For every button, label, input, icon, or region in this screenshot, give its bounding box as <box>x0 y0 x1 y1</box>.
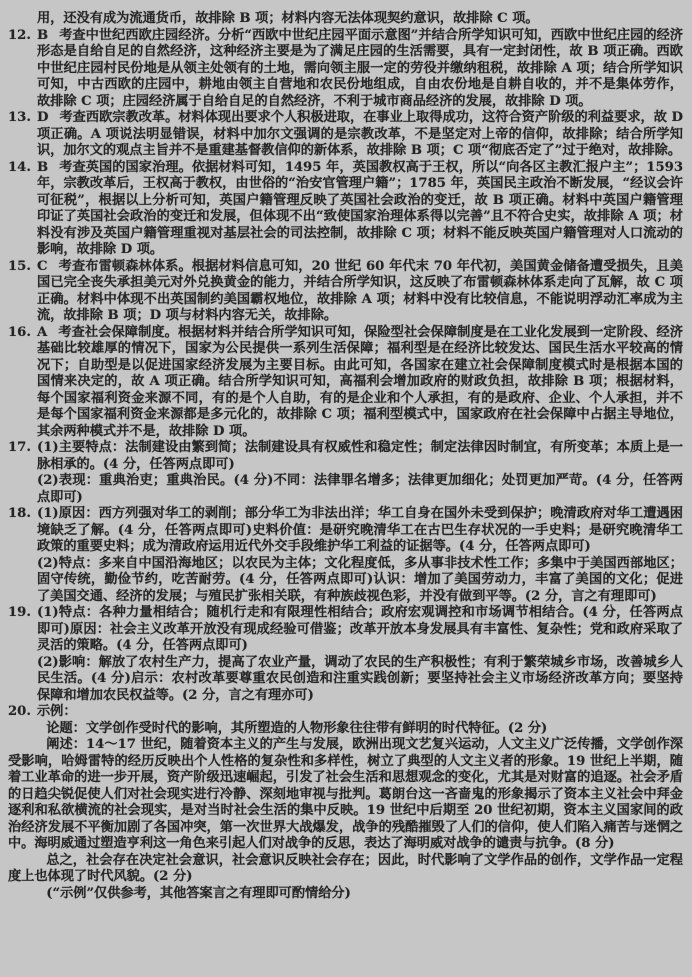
answer-letter: A <box>37 325 47 340</box>
answer-number: 18. <box>8 506 31 523</box>
answer-number: 12. <box>8 28 31 45</box>
answer-text: (1)原因：西方列强对华工的剥削；部分华工为非法出洋；华工自身在国外未受到保护；… <box>37 506 683 554</box>
answer-text: 考查西欧宗教改革。材料体现出要求个人积极进取，在事业上取得成功，这符合资产阶级的… <box>37 110 683 158</box>
essay-note: (“示例”仅供参考，其他答案言之有理即可酌情给分) <box>8 886 683 903</box>
answer-number: 14. <box>8 160 31 177</box>
answer-item-20: 20.示例： 论题：文学创作受时代的影响，其所塑造的人物形象往往带有鲜明的时代特… <box>8 704 683 902</box>
answer-item-16: 16.A考查社会保障制度。根据材料并结合所学知识可知，保险型社会保障制度是在工业… <box>8 325 683 441</box>
answer-number: 19. <box>8 605 31 622</box>
essay-conclusion: 总之，社会存在决定社会意识，社会意识反映社会存在；因此，时代影响了文学作品的创作… <box>8 853 683 886</box>
answer-continuation-line: 用，还没有成为流通货币，故排除 B 项；材料内容无法体现契约意识，故排除 C 项… <box>8 11 683 28</box>
answer-text: (1)特点：各种力量相结合；随机行走和有限理性相结合；政府宏观调控和市场调节相结… <box>37 605 683 653</box>
answer-number: 20. <box>8 704 31 721</box>
answer-number: 13. <box>8 110 31 127</box>
answer-text: 考查社会保障制度。根据材料并结合所学知识可知，保险型社会保障制度是在工业化发展到… <box>37 325 683 439</box>
answer-text: 考查中世纪西欧庄园经济。分析“西欧中世纪庄园平面示意图”并结合所学知识可知，西欧… <box>37 28 683 109</box>
answer-letter: D <box>37 110 48 125</box>
answer-letter: C <box>37 259 48 274</box>
answer-letter: B <box>37 28 48 43</box>
answer-text: 考查英国的国家治理。依据材料可知，1495 年，英国教权高于王权，所以“向各区主… <box>37 160 683 258</box>
answer-part-1: 17.(1)主要特点：法制建设由繁到简；法制建设具有权威性和稳定性；制定法律因时… <box>8 440 683 473</box>
answer-item-17: 17.(1)主要特点：法制建设由繁到简；法制建设具有权威性和稳定性；制定法律因时… <box>8 440 683 506</box>
answer-part-2: (2)表现：重典治吏；重典治民。(4 分)不同：法律罪名增多；法律更加细化；处罚… <box>8 473 683 506</box>
essay-heading: 20.示例： <box>8 704 683 721</box>
answer-item-12: 12.B考查中世纪西欧庄园经济。分析“西欧中世纪庄园平面示意图”并结合所学知识可… <box>8 28 683 111</box>
answer-text: 考查布雷顿森林体系。根据材料信息可知，20 世纪 60 年代末 70 年代初，美… <box>37 259 683 324</box>
answer-text: (1)主要特点：法制建设由繁到简；法制建设具有权威性和稳定性；制定法律因时制宜，… <box>37 440 683 472</box>
answer-number: 16. <box>8 325 31 342</box>
answer-item-14: 14.B考查英国的国家治理。依据材料可知，1495 年，英国教权高于王权，所以“… <box>8 160 683 259</box>
exam-answer-key-page: 用，还没有成为流通货币，故排除 B 项；材料内容无法体现契约意识，故排除 C 项… <box>0 0 692 977</box>
essay-label: 示例： <box>37 704 77 719</box>
essay-elaboration: 阐述：14～17 世纪，随着资本主义的产生与发展，欧洲出现文艺复兴运动，人文主义… <box>8 737 683 853</box>
essay-thesis: 论题：文学创作受时代的影响，其所塑造的人物形象往往带有鲜明的时代特征。(2 分) <box>8 721 683 738</box>
answer-text: (2)表现：重典治吏；重典治民。(4 分)不同：法律罪名增多；法律更加细化；处罚… <box>37 473 683 505</box>
answer-item-13: 13.D考查西欧宗教改革。材料体现出要求个人积极进取，在事业上取得成功，这符合资… <box>8 110 683 160</box>
answer-text: (2)特点：多来自中国沿海地区；以农民为主体；文化程度低，多从事非技术性工作；多… <box>37 556 683 604</box>
answer-part-1: 19.(1)特点：各种力量相结合；随机行走和有限理性相结合；政府宏观调控和市场调… <box>8 605 683 655</box>
answer-number: 17. <box>8 440 31 457</box>
answer-item-15: 15.C考查布雷顿森林体系。根据材料信息可知，20 世纪 60 年代末 70 年… <box>8 259 683 325</box>
answer-letter: B <box>37 160 48 175</box>
answer-item-19: 19.(1)特点：各种力量相结合；随机行走和有限理性相结合；政府宏观调控和市场调… <box>8 605 683 704</box>
answer-item-18: 18.(1)原因：西方列强对华工的剥削；部分华工为非法出洋；华工自身在国外未受到… <box>8 506 683 605</box>
answer-part-1: 18.(1)原因：西方列强对华工的剥削；部分华工为非法出洋；华工自身在国外未受到… <box>8 506 683 556</box>
answer-text: (2)影响：解放了农村生产力，提高了农业产量，调动了农民的生产积极性；有利于繁荣… <box>37 655 683 703</box>
answer-number: 15. <box>8 259 31 276</box>
answer-part-2: (2)特点：多来自中国沿海地区；以农民为主体；文化程度低，多从事非技术性工作；多… <box>8 556 683 606</box>
answer-part-2: (2)影响：解放了农村生产力，提高了农业产量，调动了农民的生产积极性；有利于繁荣… <box>8 655 683 705</box>
